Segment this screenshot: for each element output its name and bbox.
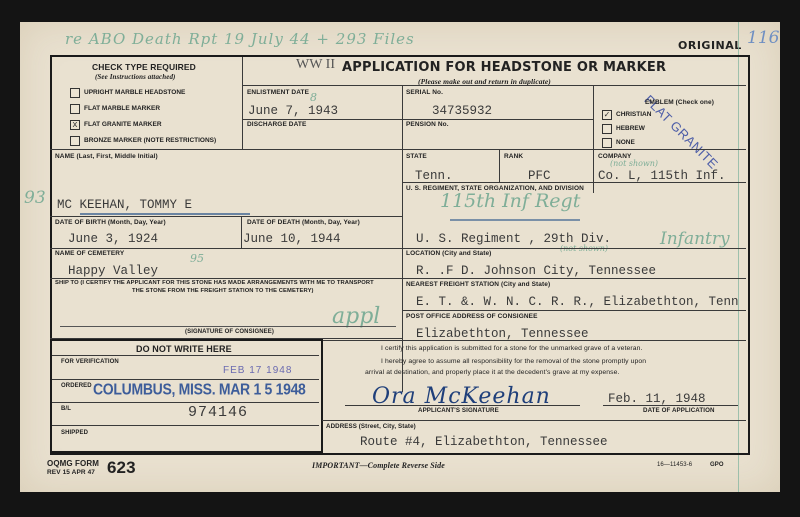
- option-bronze: BRONZE MARKER (NOTE RESTRICTIONS): [84, 137, 216, 144]
- gpo-mark: GPO: [710, 462, 724, 468]
- address-value: Route #4, Elizabethton, Tennessee: [360, 435, 608, 449]
- ordered-stamp: COLUMBUS, MISS. MAR 1 5 1948: [93, 380, 306, 398]
- regiment-annotation: 115th Inf Regt: [440, 190, 580, 212]
- divider: [52, 425, 319, 426]
- pension-no-label: PENSION No.: [406, 121, 449, 128]
- location-label-text: LOCATION (City and State): [406, 250, 491, 257]
- divider: [322, 340, 746, 341]
- form-title: APPLICATION FOR HEADSTONE OR MARKER: [342, 60, 666, 75]
- application-date-value: Feb. 11, 1948: [608, 392, 706, 406]
- rank-label: RANK: [504, 153, 523, 160]
- divider: [593, 149, 746, 150]
- check-mark-icon: ✓: [604, 110, 611, 119]
- divider: [50, 278, 402, 279]
- shipped-label: SHIPPED: [61, 430, 88, 436]
- headstone-application-form: re ABO Death Rpt 19 July 44 + 293 Files …: [20, 22, 780, 492]
- form-number: 623: [107, 458, 136, 478]
- checkbox-christian[interactable]: ✓: [602, 110, 612, 120]
- form-id-line-1: OQMG FORM: [47, 459, 99, 468]
- divider: [322, 420, 746, 421]
- important-note: IMPORTANT—Complete Reverse Side: [312, 461, 445, 470]
- company-value: Co. L, 115th Inf.: [598, 169, 726, 183]
- cemetery-value: Happy Valley: [68, 264, 158, 278]
- divider: [402, 119, 593, 120]
- divider: [50, 149, 402, 150]
- state-label: STATE: [406, 153, 427, 160]
- emblem-heading-text: EMBLEM (Check one): [645, 99, 714, 106]
- regiment-infantry-annotation: Infantry: [660, 229, 730, 249]
- divider: [50, 216, 402, 217]
- ship-to-label: SHIP TO (I CERTIFY THE APPLICANT FOR THI…: [55, 280, 374, 286]
- name-label: NAME (Last, First, Middle Initial): [55, 153, 158, 160]
- divider: [52, 355, 319, 356]
- enlistment-date-label: ENLISTMENT DATE: [247, 89, 309, 96]
- company-annotation: (not shown): [610, 159, 658, 168]
- check-type-subheading: (See Instructions attached): [95, 73, 175, 81]
- enlistment-date-value: June 7, 1943: [248, 104, 338, 118]
- freight-station-label-text: NEAREST FREIGHT STATION (City and State): [406, 281, 550, 288]
- checkbox-bronze[interactable]: [70, 136, 80, 146]
- serial-no-value: 34735932: [432, 104, 492, 118]
- certification-line-3: arrival at destination, and properly pla…: [365, 369, 620, 376]
- address-label: ADDRESS (Street, City, State): [326, 423, 416, 430]
- bl-label: B/L: [61, 406, 71, 412]
- freight-station-label: NEAREST FREIGHT STATION (City and State): [406, 281, 550, 288]
- checkbox-flat-marble[interactable]: [70, 104, 80, 114]
- date-of-death-label: DATE OF DEATH (Month, Day, Year): [247, 219, 360, 226]
- divider: [499, 149, 500, 182]
- certification-line-1: I certify this application is submitted …: [381, 345, 643, 352]
- dod-label-text: DATE OF DEATH (Month, Day, Year): [247, 219, 360, 226]
- checkbox-flat-granite[interactable]: x: [70, 120, 80, 130]
- divider: [402, 182, 746, 183]
- consignee-signature-label: (SIGNATURE OF CONSIGNEE): [185, 329, 274, 335]
- x-mark-icon: x: [72, 120, 77, 130]
- divider: [402, 149, 593, 150]
- state-value: Tenn.: [415, 169, 453, 183]
- do-not-write-heading: DO NOT WRITE HERE: [136, 344, 232, 354]
- divider: [241, 216, 242, 248]
- discharge-date-label: DISCHARGE DATE: [247, 121, 306, 128]
- print-code: 16—11453-6: [657, 462, 692, 468]
- location-label: LOCATION (City and State): [406, 250, 491, 257]
- emblem-hebrew: HEBREW: [616, 125, 645, 132]
- po-address-value: Elizabethton, Tennessee: [416, 327, 589, 341]
- freight-station-value: E. T. &. W. N. C. R. R., Elizabethton, T…: [416, 295, 739, 309]
- address-label-text: ADDRESS (Street, City, State): [326, 423, 416, 430]
- option-flat-granite: FLAT GRANITE MARKER: [84, 121, 162, 128]
- check-type-heading: CHECK TYPE REQUIRED: [92, 62, 196, 72]
- serial-no-label: SERIAL No.: [406, 89, 443, 96]
- verification-date-stamp: FEB 17 1948: [223, 365, 292, 376]
- divider: [60, 326, 396, 327]
- handwritten-top-note: re ABO Death Rpt 19 July 44 + 293 Files: [65, 30, 415, 48]
- signature-line: [345, 405, 580, 406]
- po-address-label: POST OFFICE ADDRESS OF CONSIGNEE: [406, 313, 538, 320]
- emblem-none: NONE: [616, 139, 635, 146]
- checkbox-hebrew[interactable]: [602, 124, 612, 134]
- bl-value: 974146: [188, 404, 248, 421]
- divider: [402, 278, 746, 279]
- underline-mark: [450, 219, 580, 221]
- emblem-heading: EMBLEM (Check one): [645, 99, 714, 106]
- name-margin-note: 93: [24, 188, 46, 208]
- enlistment-correction: 8: [310, 91, 317, 104]
- date-line: [603, 405, 738, 406]
- checkbox-none[interactable]: [602, 138, 612, 148]
- for-verification-label: FOR VERIFICATION: [61, 359, 119, 365]
- ww-ii-stamp: WW II: [296, 57, 335, 73]
- emblem-christian: CHRISTIAN: [616, 111, 651, 118]
- name-value: MC KEEHAN, TOMMY E: [57, 198, 192, 212]
- divider: [242, 57, 243, 149]
- ordered-label: ORDERED: [61, 383, 92, 389]
- corner-mark: 116: [747, 28, 779, 48]
- divider: [242, 85, 746, 86]
- form-id-line-2: REV 15 APR 47: [47, 469, 95, 476]
- checkbox-upright-marble[interactable]: [70, 88, 80, 98]
- ship-to-label-2: THE STONE FROM THE FREIGHT STATION TO TH…: [132, 288, 314, 294]
- date-of-birth-value: June 3, 1924: [68, 232, 158, 246]
- option-flat-marble: FLAT MARBLE MARKER: [84, 105, 160, 112]
- dob-label-text: DATE OF BIRTH (Month, Day, Year): [55, 219, 166, 226]
- divider: [402, 310, 746, 311]
- divider: [52, 402, 319, 403]
- location-value: R. .F D. Johnson City, Tennessee: [416, 264, 656, 278]
- check-type-subheading-text: (See Instructions attached): [95, 73, 175, 81]
- cemetery-label: NAME OF CEMETERY: [55, 250, 124, 257]
- underline-mark: [80, 213, 250, 215]
- divider: [50, 248, 402, 249]
- important-note-text: IMPORTANT—Complete Reverse Side: [312, 461, 445, 470]
- application-date-label: DATE OF APPLICATION: [643, 407, 715, 414]
- name-label-text: NAME (Last, First, Middle Initial): [55, 153, 158, 160]
- divider: [402, 248, 746, 249]
- option-upright-marble: UPRIGHT MARBLE HEADSTONE: [84, 89, 185, 96]
- certification-line-2: I hereby agree to assume all responsibil…: [381, 358, 646, 365]
- applicant-signature-label: APPLICANT'S SIGNATURE: [418, 407, 499, 414]
- date-of-death-value: June 10, 1944: [243, 232, 341, 246]
- date-of-birth-label: DATE OF BIRTH (Month, Day, Year): [55, 219, 166, 226]
- cemetery-annotation: 95: [190, 252, 204, 265]
- divider: [242, 119, 402, 120]
- original-label: ORIGINAL: [678, 39, 742, 52]
- rank-value: PFC: [528, 169, 551, 183]
- divider: [593, 85, 594, 193]
